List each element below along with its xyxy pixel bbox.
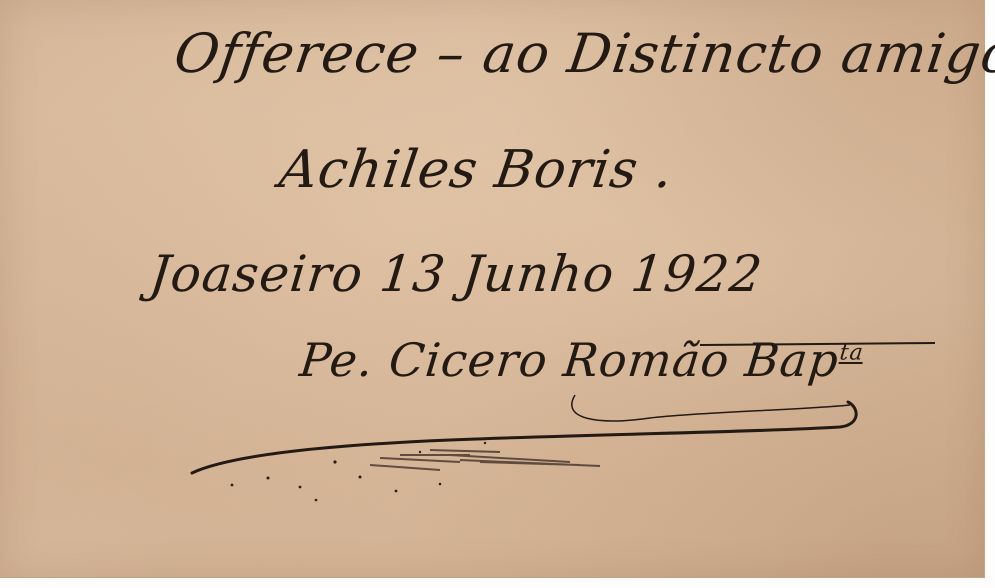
signature: Pe. Cicero Romão Bapta	[297, 333, 866, 387]
signature-title: Pe.	[297, 333, 376, 387]
handwritten-card: Offerece – ao Distincto amigo Achiles Bo…	[0, 0, 985, 578]
signature-suffix: ta	[838, 341, 865, 366]
dedication-line: Offerece – ao Distincto amigo	[171, 22, 995, 85]
page: Offerece – ao Distincto amigo Achiles Bo…	[0, 0, 995, 588]
signature-name: Cicero Romão Bap	[387, 333, 842, 387]
place-date-line: Joaseiro 13 Junho 1922	[147, 245, 766, 303]
recipient-name: Achiles Boris .	[276, 140, 678, 200]
